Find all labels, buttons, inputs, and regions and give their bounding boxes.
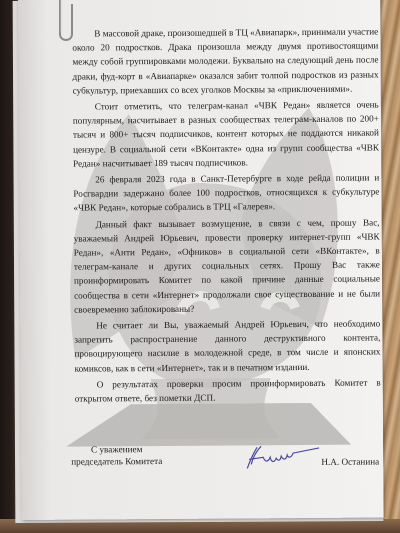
closing-greeting: С уважением [71, 443, 162, 456]
signature-block: С уважением председатель Комитета Н.А. О… [71, 441, 381, 483]
signatory-position: председатель Комитета [71, 455, 162, 468]
paperclip-icon [56, 0, 76, 44]
signatory-title: С уважением председатель Комитета [71, 443, 162, 468]
letter-body: В массовой драке, произошедшей в ТЦ «Ави… [72, 24, 381, 407]
handwritten-signature-icon [241, 442, 321, 473]
signatory-name: Н.А. Останина [321, 456, 379, 466]
document-page: В массовой драке, произошедшей в ТЦ «Ави… [18, 0, 384, 520]
paragraph-petersburg-raid: 26 февраля 2023 года в Санкт-Петербурге … [73, 171, 379, 216]
paragraph-ban-proposal: Не считает ли Вы, уважаемый Андрей Юрьев… [74, 317, 380, 376]
paragraph-aviapark-fight: В массовой драке, произошедшей в ТЦ «Ави… [72, 24, 378, 97]
paragraph-request-check: Данный факт вызывает возмущение, в связи… [74, 215, 381, 317]
paragraph-telegram-channel: Стоит отметить, что телеграм-канал «ЧВК … [73, 97, 379, 170]
paragraph-results-request: О результатах проверки просим проинформи… [75, 375, 381, 406]
